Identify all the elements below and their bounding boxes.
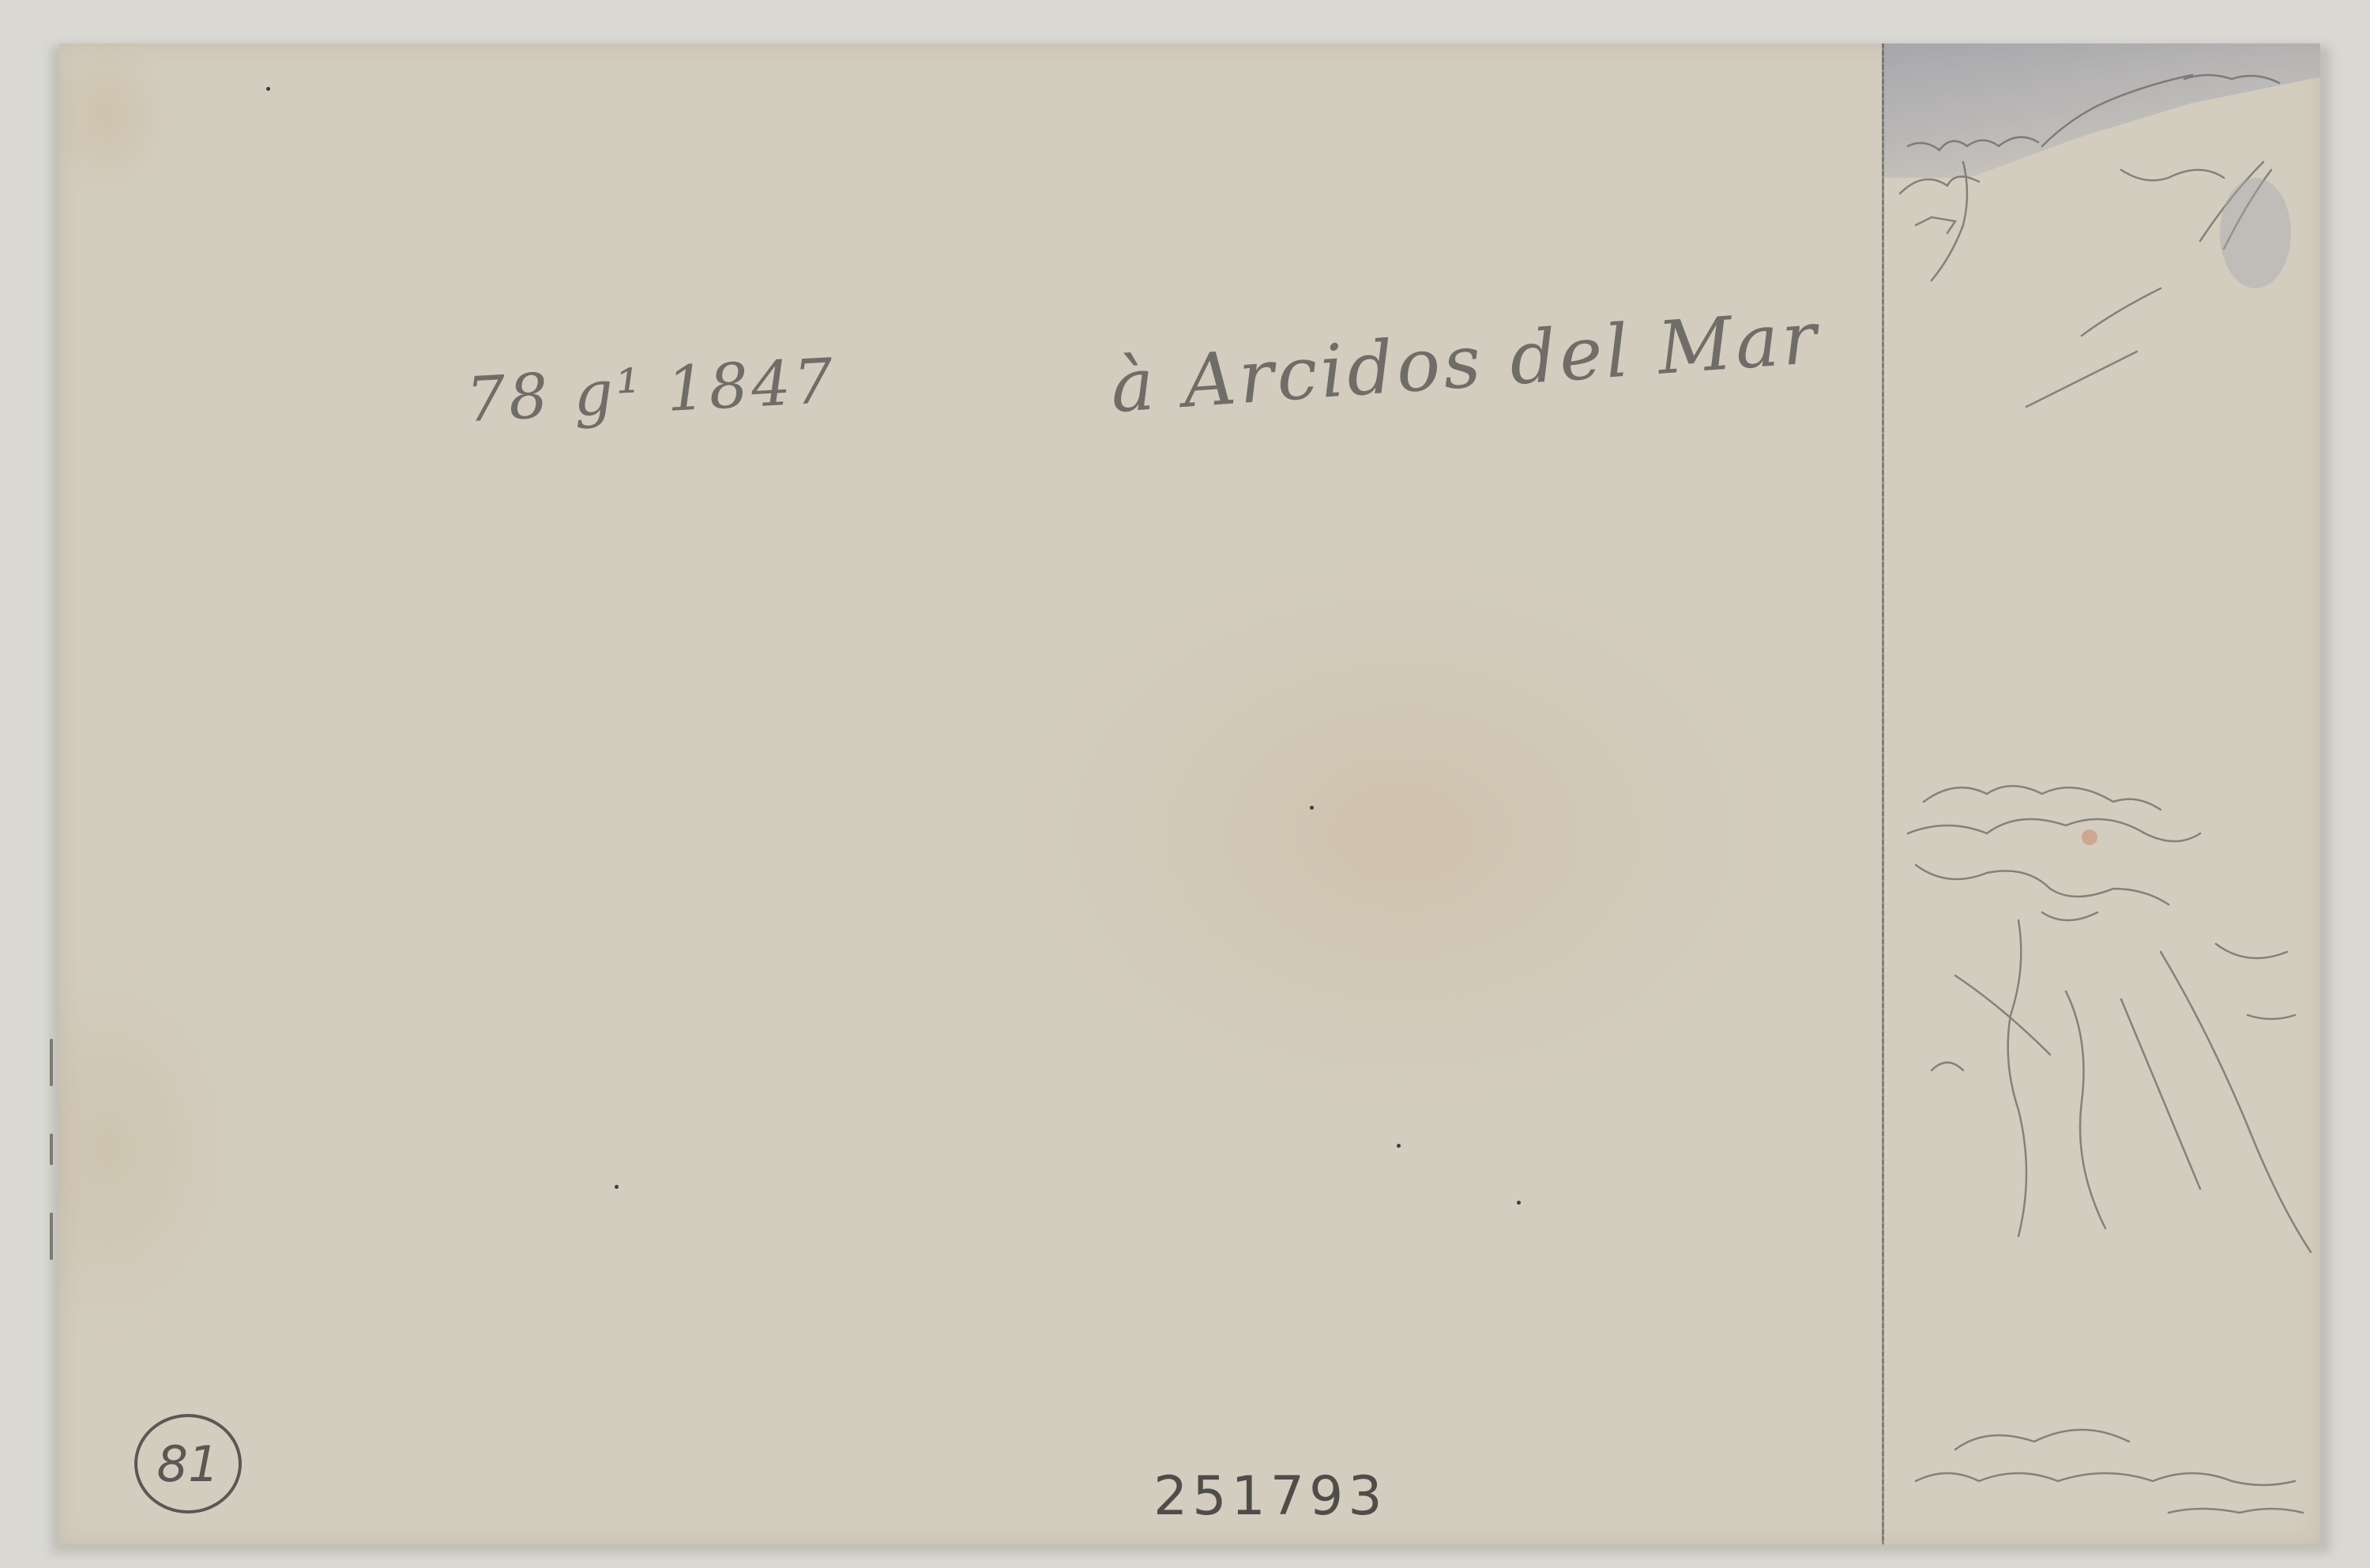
edge-pencil-mark (50, 1039, 53, 1086)
paper-speck (1310, 806, 1314, 810)
location-inscription: à Arcidos del Mar (1108, 295, 1823, 429)
landscape-sketch (1884, 43, 2320, 1544)
catalog-number: 251793 (1153, 1465, 1387, 1528)
circled-inventory-number: 81 (134, 1414, 242, 1513)
paper-speck (266, 87, 270, 91)
inventory-number: 81 (157, 1435, 220, 1493)
paper-speck (615, 1185, 619, 1189)
paper-speck (1397, 1144, 1401, 1148)
edge-pencil-mark (50, 1134, 53, 1165)
edge-pencil-mark (50, 1213, 53, 1260)
paper-speck (1517, 1201, 1521, 1205)
paper-sheet: 78 g¹ 1847 à Arcidos del Mar 81 251793 (59, 43, 2320, 1544)
date-inscription: 78 g¹ 1847 (465, 346, 838, 436)
